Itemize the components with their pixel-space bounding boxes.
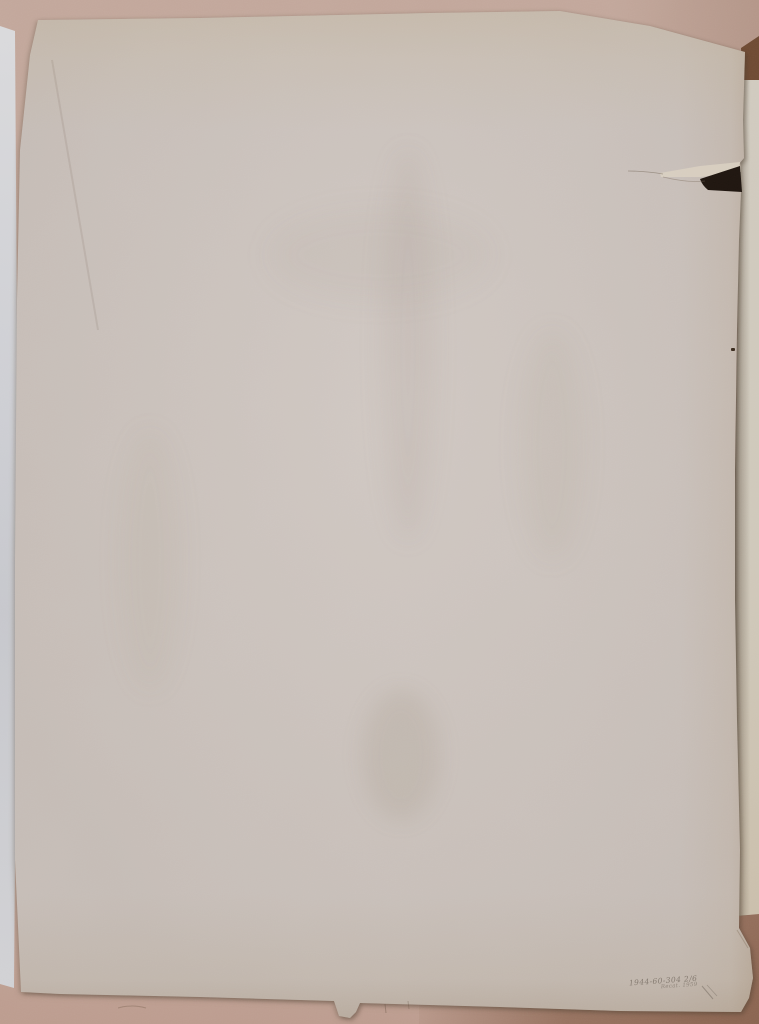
paper-stain [362, 690, 440, 820]
scanned-archival-sheet: 1944-60-304 2/6 Recat. 1959 [0, 0, 759, 1024]
paper-stain [382, 150, 434, 540]
paper-sheet-shadow-wrap: 1944-60-304 2/6 Recat. 1959 [0, 0, 759, 1024]
paper-stain [120, 430, 180, 690]
paper-stain [270, 210, 490, 300]
paper-stain [520, 330, 584, 560]
paper-sheet: 1944-60-304 2/6 Recat. 1959 [0, 0, 759, 1024]
accession-inscription: 1944-60-304 2/6 Recat. 1959 [629, 972, 730, 993]
